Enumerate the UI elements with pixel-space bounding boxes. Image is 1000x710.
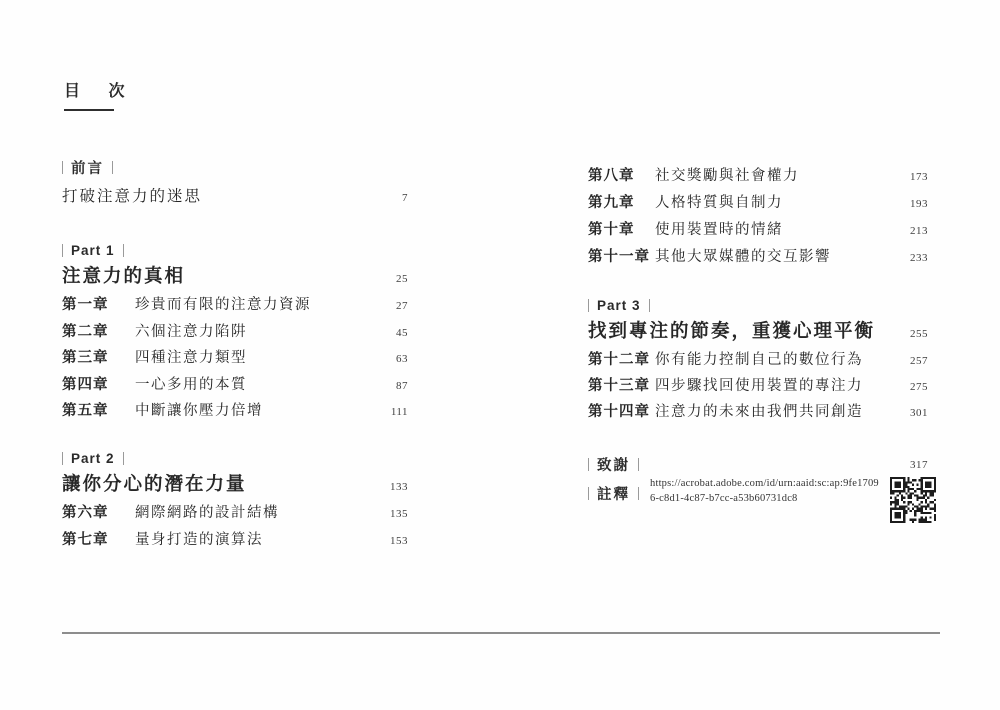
page-number: 257 <box>910 355 928 367</box>
page-number: 45 <box>396 327 408 339</box>
chapter-number: 第十一章 <box>588 245 655 266</box>
chapter-row: 第二章 六個注意力陷阱 45 <box>62 320 408 341</box>
chapter-number: 第六章 <box>62 501 135 522</box>
chapter-number: 第四章 <box>62 373 135 394</box>
chapter-row: 第五章 中斷讓你壓力倍增 111 <box>62 399 408 420</box>
left-column: 前言 打破注意力的迷思 7 Part 1 注意力的真相 25 第一章 珍貴而有限… <box>62 0 408 710</box>
page-number: 213 <box>910 225 928 237</box>
chapter-row: 第十章 使用裝置時的情緒 213 <box>588 218 928 239</box>
chapter-number: 第八章 <box>588 164 655 185</box>
chapter-title: 人格特質與自制力 <box>655 191 910 212</box>
chapter-title: 珍貴而有限的注意力資源 <box>135 293 396 314</box>
label-bar-right <box>649 299 650 312</box>
label-bar-right <box>123 452 124 465</box>
part2-label-text: Part 2 <box>71 451 115 466</box>
chapter-title: 量身打造的演算法 <box>135 528 390 549</box>
page-number: 275 <box>910 381 928 393</box>
chapter-number: 第十三章 <box>588 374 655 395</box>
chapter-title: 網際網路的設計結構 <box>135 501 390 522</box>
page-number: 317 <box>910 459 928 471</box>
part3-title: 找到專注的節奏，重獲心理平衡 <box>588 317 910 343</box>
qr-code <box>890 477 936 523</box>
part3-title-row: 找到專注的節奏，重獲心理平衡 255 <box>588 317 928 343</box>
chapter-row: 第九章 人格特質與自制力 193 <box>588 191 928 212</box>
label-bar-left <box>62 452 63 465</box>
label-bar-left <box>62 244 63 257</box>
chapter-number: 第十章 <box>588 218 655 239</box>
acknowledgements-row: 致謝 317 <box>588 454 928 475</box>
page-number: 233 <box>910 252 928 264</box>
page-number: 63 <box>396 353 408 365</box>
acknowledgements-label-text: 致謝 <box>597 454 630 475</box>
page-number: 255 <box>910 328 928 340</box>
part1-title: 注意力的真相 <box>62 262 396 288</box>
chapter-row: 第七章 量身打造的演算法 153 <box>62 528 408 549</box>
chapter-title: 六個注意力陷阱 <box>135 320 396 341</box>
page-number: 193 <box>910 198 928 210</box>
chapter-row: 第八章 社交獎勵與社會權力 173 <box>588 164 928 185</box>
chapter-row: 第一章 珍貴而有限的注意力資源 27 <box>62 293 408 314</box>
chapter-number: 第五章 <box>62 399 135 420</box>
chapter-row: 第三章 四種注意力類型 63 <box>62 346 408 367</box>
page-number: 173 <box>910 171 928 183</box>
preface-label-text: 前言 <box>71 157 104 178</box>
part2-label: Part 2 <box>62 451 408 466</box>
chapter-number: 第十四章 <box>588 400 655 421</box>
chapter-row: 第六章 網際網路的設計結構 135 <box>62 501 408 522</box>
chapter-number: 第三章 <box>62 346 135 367</box>
acknowledgements-label: 致謝 <box>588 454 910 475</box>
chapter-row: 第十二章 你有能力控制自己的數位行為 257 <box>588 348 928 369</box>
label-bar-left <box>588 487 589 500</box>
label-bar-right <box>638 458 639 471</box>
part3-label-text: Part 3 <box>597 298 641 313</box>
preface-row: 打破注意力的迷思 7 <box>62 184 408 206</box>
chapter-row: 第十一章 其他大眾媒體的交互影響 233 <box>588 245 928 266</box>
page-number: 87 <box>396 380 408 392</box>
toc-page: 目 次 前言 打破注意力的迷思 7 Part 1 注意力的真相 25 第一章 珍… <box>0 0 1000 710</box>
chapter-row: 第十三章 四步驟找回使用裝置的專注力 275 <box>588 374 928 395</box>
chapter-title: 注意力的未來由我們共同創造 <box>655 400 910 421</box>
preface-label: 前言 <box>62 157 408 178</box>
chapter-title: 其他大眾媒體的交互影響 <box>655 245 910 266</box>
chapter-number: 第七章 <box>62 528 135 549</box>
label-bar-left <box>588 299 589 312</box>
part2-title: 讓你分心的潛在力量 <box>62 470 390 496</box>
label-bar-right <box>123 244 124 257</box>
label-bar-right <box>112 161 113 174</box>
part1-label-text: Part 1 <box>71 243 115 258</box>
label-bar-left <box>588 458 589 471</box>
part1-title-row: 注意力的真相 25 <box>62 262 408 288</box>
chapter-title: 四步驟找回使用裝置的專注力 <box>655 374 910 395</box>
page-number: 153 <box>390 535 408 547</box>
notes-url: https://acrobat.adobe.com/id/urn:aaid:sc… <box>650 477 882 506</box>
chapter-row: 第十四章 注意力的未來由我們共同創造 301 <box>588 400 928 421</box>
qr-code-grid <box>890 477 936 523</box>
chapter-title: 四種注意力類型 <box>135 346 396 367</box>
chapter-number: 第十二章 <box>588 348 655 369</box>
chapter-number: 第二章 <box>62 320 135 341</box>
page-number: 7 <box>402 192 408 204</box>
chapter-number: 第一章 <box>62 293 135 314</box>
bottom-rule <box>62 632 940 634</box>
chapter-title: 一心多用的本質 <box>135 373 396 394</box>
part2-title-row: 讓你分心的潛在力量 133 <box>62 470 408 496</box>
chapter-title: 社交獎勵與社會權力 <box>655 164 910 185</box>
part3-label: Part 3 <box>588 298 928 313</box>
chapter-title: 你有能力控制自己的數位行為 <box>655 348 910 369</box>
page-number: 135 <box>390 508 408 520</box>
chapter-title: 中斷讓你壓力倍增 <box>135 399 391 420</box>
page-number: 27 <box>396 300 408 312</box>
page-number: 111 <box>391 406 408 418</box>
chapter-title: 使用裝置時的情緒 <box>655 218 910 239</box>
page-number: 301 <box>910 407 928 419</box>
label-bar-right <box>638 487 639 500</box>
preface-title: 打破注意力的迷思 <box>62 184 402 206</box>
page-number: 25 <box>396 273 408 285</box>
page-number: 133 <box>390 481 408 493</box>
chapter-number: 第九章 <box>588 191 655 212</box>
part1-label: Part 1 <box>62 243 408 258</box>
chapter-row: 第四章 一心多用的本質 87 <box>62 373 408 394</box>
label-bar-left <box>62 161 63 174</box>
right-column: 第八章 社交獎勵與社會權力 173 第九章 人格特質與自制力 193 第十章 使… <box>588 0 928 710</box>
notes-label-text: 註釋 <box>597 483 630 504</box>
